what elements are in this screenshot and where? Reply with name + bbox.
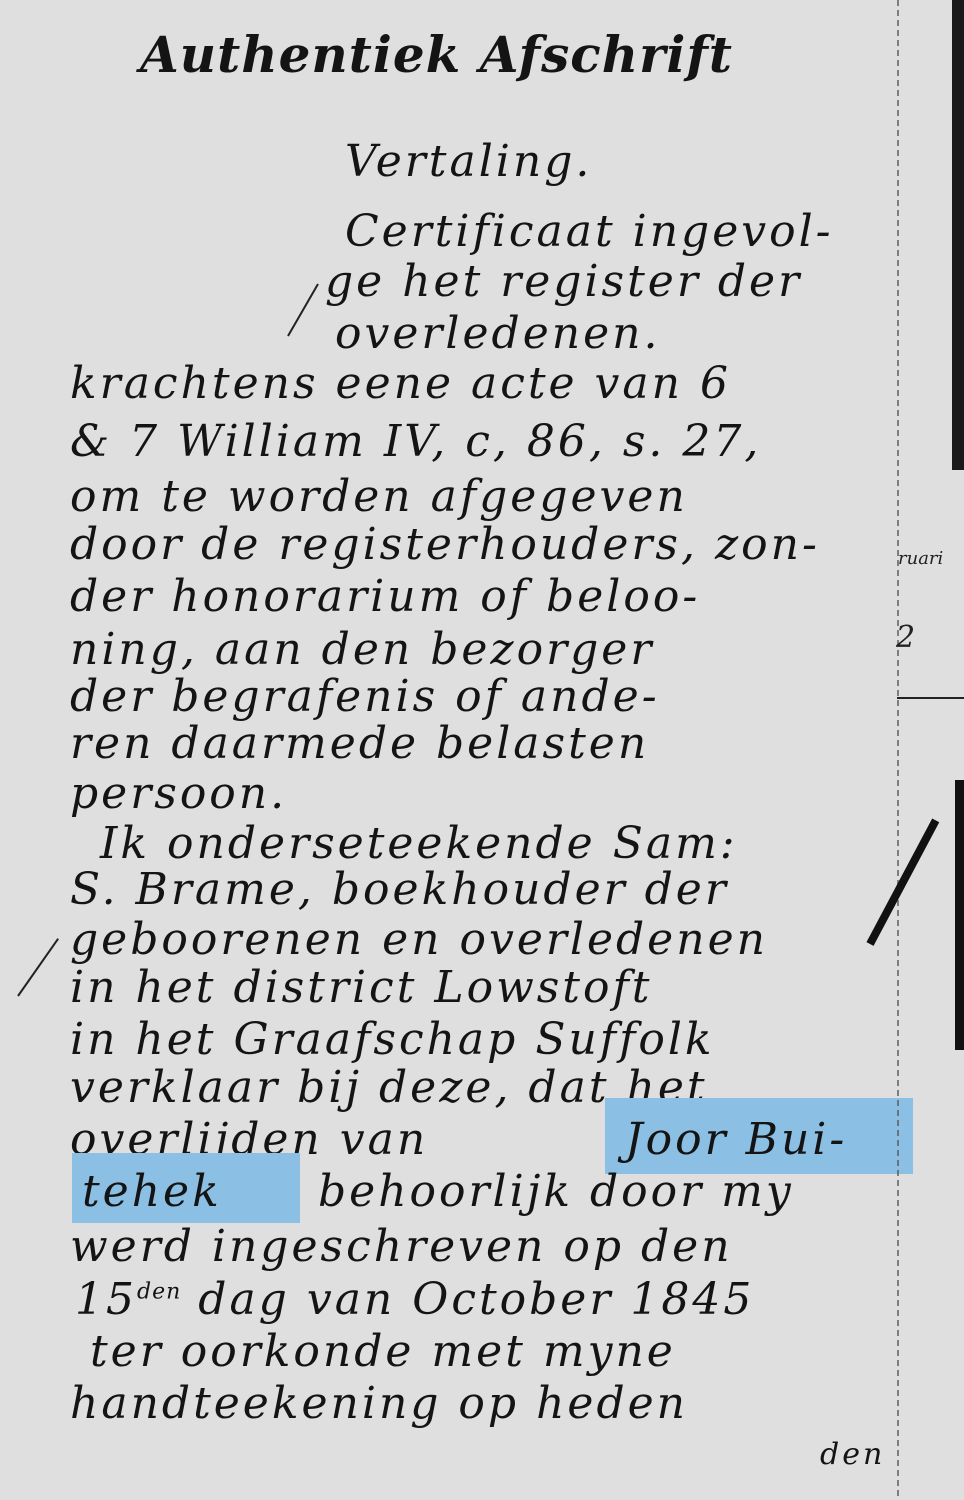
body-line-17: behoorlijk door my	[318, 1170, 794, 1214]
body-line-22: den	[820, 1440, 885, 1470]
date-text: dag van October 1845	[198, 1274, 754, 1325]
body-line-8: ren daarmede belasten	[70, 722, 649, 766]
page-edge-shadow	[952, 0, 964, 470]
body-line-11: S. Brame, boekhouder der	[70, 868, 729, 912]
heading-line-3: ge het register der	[325, 260, 802, 304]
body-line-18: werd ingeschreven op den	[70, 1225, 733, 1269]
body-line-1: krachtens eene acte van 6	[70, 362, 731, 406]
day-number: 15	[75, 1274, 137, 1325]
heading-line-1: Vertaling.	[345, 140, 592, 184]
body-line-12: geboorenen en overledenen	[70, 918, 768, 962]
body-line-4: door de registerhouders, zon-	[70, 523, 820, 567]
body-line-21: handteekening op heden	[70, 1382, 688, 1426]
margin-horizontal-rule	[897, 697, 964, 699]
body-line-3: om te worden afgegeven	[70, 475, 688, 519]
body-line-2: & 7 William IV, c, 86, s. 27,	[70, 420, 761, 464]
body-line-5: der honorarium of beloo-	[70, 575, 700, 619]
margin-note: ruari	[898, 548, 943, 569]
body-line-13: in het district Lowstoft	[70, 966, 652, 1010]
highlighted-name-part-1: Joor Bui-	[625, 1118, 847, 1162]
body-line-14: in het Graafschap Suffolk	[70, 1018, 715, 1062]
heading-pen-stroke	[287, 284, 319, 337]
body-line-10: Ik onderseteekende Sam:	[100, 822, 738, 866]
body-line-20: ter oorkonde met myne	[90, 1330, 676, 1374]
margin-mark: 2	[896, 620, 915, 655]
day-suffix: den	[137, 1279, 181, 1304]
highlighted-name-part-2: tehek	[82, 1170, 222, 1214]
heading-line-2: Certificaat ingevol-	[345, 210, 834, 254]
document-title: Authentiek Afschrift	[140, 30, 733, 80]
margin-ruled-line	[897, 0, 899, 1500]
body-line-19: 15den dag van October 1845	[75, 1278, 754, 1322]
body-line-9: persoon.	[70, 772, 287, 816]
scanned-document-page: Authentiek Afschrift Vertaling. Certific…	[0, 0, 964, 1500]
heading-line-4: overledenen.	[335, 312, 660, 356]
page-edge-shadow-lower	[955, 780, 964, 1050]
body-line-6: ning, aan den bezorger	[70, 628, 654, 672]
body-line-7: der begrafenis of ande-	[70, 675, 660, 719]
left-pen-stroke	[17, 938, 59, 996]
margin-ink-stroke	[866, 819, 939, 946]
